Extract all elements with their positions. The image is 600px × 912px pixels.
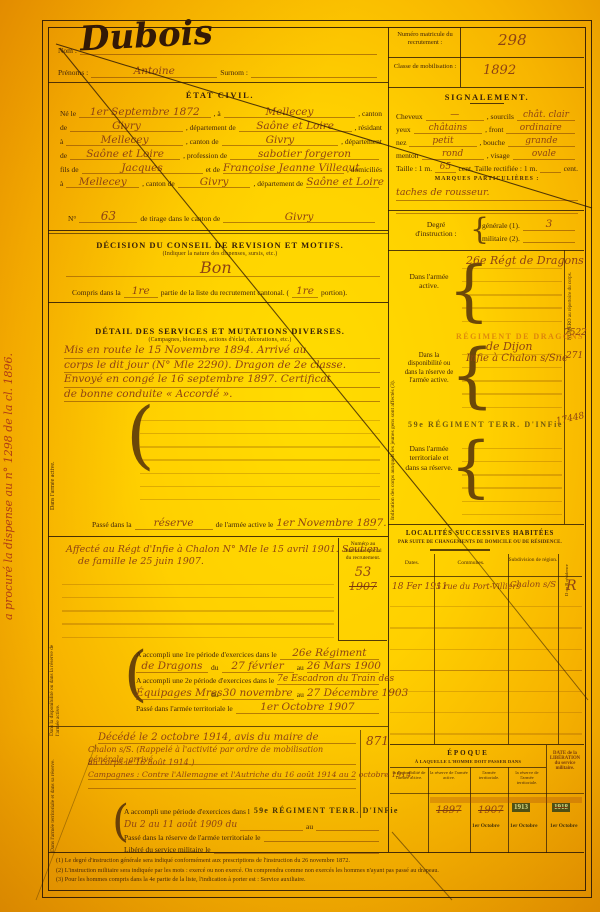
periode2-row1: A accompli une 2e période d'exercices da… xyxy=(136,675,382,685)
visage-value: ovale xyxy=(532,149,556,159)
localites-title: LOCALITÉS SUCCESSIVES HABITÉES xyxy=(390,530,570,537)
p1v2: 27 février xyxy=(231,660,283,672)
sig-line2: yeux châtains , front ordinaire xyxy=(396,121,578,134)
campagnes-blank xyxy=(88,788,356,789)
periode1-row2: de Dragons du 27 février au 26 Mars 1900 xyxy=(136,661,382,673)
exercice-terr-row: A accompli une période d'exercices dans … xyxy=(124,806,382,816)
matricule-box-bottom xyxy=(388,87,584,88)
num-special-label: Numéro au matricule spécial du recruteme… xyxy=(339,538,387,565)
services-text: Mis en route le 15 Novembre 1894. Arrivé… xyxy=(64,344,380,402)
num-special-v2: 1907 xyxy=(339,580,387,593)
ec-line3: à Mellecey , canton de Givry , départeme… xyxy=(60,132,382,146)
services-subtitle: (Campagnes, blessures, actions d'éclat, … xyxy=(60,337,380,343)
instruction-generale-row: générale (1). 3 xyxy=(482,219,578,231)
ep-col2: la réserve de l'armée active. xyxy=(430,770,468,780)
rule-1b xyxy=(48,233,388,234)
corps-dispo-label: Dans la disponibilité ou dans la réserve… xyxy=(404,352,454,386)
ec-l6a: à xyxy=(60,179,63,188)
cheveux-label: Cheveux xyxy=(396,112,423,121)
tirage-row: N° 63 de tirage dans le canton de Givry xyxy=(68,210,378,223)
ep-v3: 1907 xyxy=(478,805,503,816)
nez-label: nez xyxy=(396,138,406,147)
services-text-4: de bonne conduite « Accordé ». xyxy=(64,388,380,403)
p2b: du xyxy=(211,690,219,699)
p1v3: 26 Mars 1900 xyxy=(307,660,381,672)
passe-reserve-row: Passé dans la réserve de l'armée active … xyxy=(92,518,380,530)
ec-l3v1: Mellecey xyxy=(101,134,149,146)
loc-col-communes: Communes. xyxy=(434,560,508,566)
passe-b: de l'armée active le xyxy=(216,520,274,529)
p1c: au xyxy=(297,663,304,672)
ec-l2v1: Givry xyxy=(112,120,141,132)
corps-side-label: Indication des corps auxquels les jeunes… xyxy=(390,258,401,520)
footnote-2: (2) L'instruction militaire sera indiqué… xyxy=(56,866,584,876)
yeux-label: yeux xyxy=(396,125,411,134)
decision-subtitle: (Indiquer la nature des dispenses, sursi… xyxy=(60,251,380,257)
ec-l3b: , canton de xyxy=(186,137,219,146)
p2v1b: Équipages Mres xyxy=(136,687,223,699)
du-b: au xyxy=(306,822,313,831)
periode3-row: Passé dans l'armée territoriale le 1er O… xyxy=(136,702,382,714)
signalement-title: SIGNALEMENT. xyxy=(390,92,584,102)
deces-margin-num: 871 xyxy=(366,734,389,748)
ep-div2 xyxy=(470,767,471,853)
p3v: 1er Octobre 1907 xyxy=(260,701,354,713)
rule-sig xyxy=(388,210,584,211)
ep-oct3: 1er Octobre xyxy=(472,823,500,829)
tirage-canton: Givry xyxy=(285,211,314,223)
rule-corps xyxy=(388,524,584,525)
p2a: A accompli une 2e période d'exercices da… xyxy=(136,676,274,685)
menton-label: menton xyxy=(396,151,419,160)
taille-c: cent. xyxy=(564,164,578,173)
menton-value: rond xyxy=(442,149,463,159)
prenoms-label: Prénoms : xyxy=(58,68,88,77)
sourcils-value: chât. clair xyxy=(523,110,569,120)
ec-l5c: , domiciliés xyxy=(347,165,382,174)
marques-value: taches de rousseur. xyxy=(396,187,578,201)
loc-col-dates: Dates. xyxy=(390,560,434,566)
instruction-militaire-row: militaire (2). xyxy=(482,234,578,243)
decision-value: Bon xyxy=(200,258,232,277)
tirage-b: de tirage dans le canton de xyxy=(140,214,220,223)
services-text-2: corps le dit jour (N° Mle 2290). Dragon … xyxy=(64,359,380,374)
ec-line1: Né le 1er Septembre 1872 , à Mellecey , … xyxy=(60,104,382,118)
ep-values-rule xyxy=(390,793,584,794)
passe-a: Passé dans la xyxy=(92,520,132,529)
tirage-num: 63 xyxy=(101,209,116,223)
dragons-stamp-num: 7522 xyxy=(564,328,587,338)
loc-col-subdiv: Subdivision de région. xyxy=(508,557,558,563)
sig-line3: nez petit , bouche grande xyxy=(396,134,578,147)
footnote-3: (3) Pour les hommes compris dans la 4e p… xyxy=(56,875,584,885)
compris-row: Compris dans la 1re partie de la liste d… xyxy=(72,286,378,298)
passe-terr-label: Passé dans la réserve de l'armée territo… xyxy=(124,833,261,842)
services-blank-lines xyxy=(140,408,380,503)
p1a: A accompli une 1re période d'exercices d… xyxy=(136,650,277,659)
du-line2 xyxy=(316,830,379,831)
p1b: du xyxy=(211,663,219,672)
ec-l5v2: Françoise Jeanne Villeaut xyxy=(223,162,360,174)
rule-1 xyxy=(48,230,388,231)
militaire-line xyxy=(523,242,575,243)
ec-l1a: Né le xyxy=(60,109,76,118)
compris-v2: 1re xyxy=(296,285,314,297)
services-text-1: Mis en route le 15 Novembre 1894. Arrivé… xyxy=(64,344,380,359)
front-label: , front xyxy=(485,125,503,134)
ec-l1b: , à xyxy=(214,109,221,118)
ec-line5: fils de Jacques et de Françoise Jeanne V… xyxy=(60,160,382,174)
affecte-blank-lines xyxy=(62,572,334,638)
localites-title-rule xyxy=(430,549,490,551)
taille-b: cent. Taille rectifiée : 1 m. xyxy=(459,164,538,173)
taille-a: Taille : 1 m. xyxy=(396,164,432,173)
ep-v2: 1897 xyxy=(436,805,461,816)
matricule-label: Numéro matricule du recrutement : xyxy=(392,31,458,47)
exercice-a: A accompli une période d'exercices dans … xyxy=(124,807,250,816)
p3a: Passé dans l'armée territoriale le xyxy=(136,704,233,713)
classe-label: Classe de mobilisation : xyxy=(392,63,458,71)
sig-line1: Cheveux — , sourcils chât. clair xyxy=(396,108,578,121)
p1v1b: de Dragons xyxy=(141,660,202,672)
sig-line4: menton rond , visage ovale xyxy=(396,147,578,160)
services-text-3: Envoyé en congé le 16 septembre 1897. Ce… xyxy=(64,373,380,388)
loc-empty-rows xyxy=(390,586,582,744)
exercice-stamp: 59e RÉGIMENT TERR. D'INFie xyxy=(254,806,399,816)
prenoms-handwritten: Antoine xyxy=(134,65,175,77)
num-special-v1: 53 xyxy=(339,565,387,580)
compris-c: portion). xyxy=(321,288,347,297)
header-rule xyxy=(48,82,388,83)
ec-l1v1: 1er Septembre 1872 xyxy=(90,106,200,118)
epoque-subtitle: À LAQUELLE L'HOMME DOIT PASSER DANS xyxy=(390,759,546,764)
loc-header-rule xyxy=(390,576,582,577)
p2c: au xyxy=(297,690,304,699)
ec-l2c: , résidant xyxy=(355,123,383,132)
ec-l5v1: Jacques xyxy=(121,162,162,174)
libere-line xyxy=(214,853,379,854)
tirage-a: N° xyxy=(68,214,76,223)
ec-l2b: , département de xyxy=(186,123,236,132)
generale-label: générale (1). xyxy=(482,221,520,230)
prenoms-row: Prénoms : Antoine Surnom : xyxy=(58,66,380,78)
corps-active-label: Dans l'armée active. xyxy=(406,272,452,291)
corps-terr-label: Dans l'armée territoriale et dans sa rés… xyxy=(404,444,454,472)
footnotes: (1) Le degré d'instruction générale sera… xyxy=(56,856,584,885)
marques-label: MARQUES PARTICULIÈRES : xyxy=(396,173,578,187)
matricule-value: 298 xyxy=(498,31,527,49)
epoque-title: ÉPOQUE xyxy=(390,749,546,757)
corps-dispo-lines xyxy=(462,342,562,410)
ec-l6v1: Mellecey xyxy=(79,176,127,188)
column-divider xyxy=(388,27,389,852)
periode1-row1: A accompli une 1re période d'exercices d… xyxy=(136,648,382,660)
corps-active-lines xyxy=(462,256,562,324)
military-record-sheet: a procuré la dispense au n° 1298 de la c… xyxy=(0,0,600,912)
matricule-box-divider-v xyxy=(460,27,461,87)
surnom-line xyxy=(251,77,377,78)
rule-3 xyxy=(48,536,388,537)
nez-value: petit xyxy=(432,136,453,146)
margin-annotation: a procuré la dispense au n° 1298 de la c… xyxy=(2,270,15,620)
signalement-title-rule xyxy=(470,103,504,104)
ec-l2v2: Saône et Loire xyxy=(256,120,334,132)
ec-l1c: , canton xyxy=(358,109,382,118)
ec-line2: de Givry , département de Saône et Loire… xyxy=(60,118,382,132)
decision-line xyxy=(66,276,380,277)
ep-oct4: 1er Octobre xyxy=(510,823,538,829)
instruction-label: Degré d'instruction : xyxy=(408,220,464,239)
ep-v4: 1913 xyxy=(512,803,530,812)
num-special-box: Numéro au matricule spécial du recruteme… xyxy=(338,538,387,641)
ec-l4v2: sabotier forgeron xyxy=(258,148,351,160)
ec-l2a: de xyxy=(60,123,67,132)
ec-l3v2: Givry xyxy=(266,134,295,146)
cheveux-value: — xyxy=(450,110,459,120)
rule-4 xyxy=(48,726,388,727)
p2v2: 30 novembre xyxy=(223,687,293,699)
deces-line1: Décédé le 2 octobre 1914, avis du maire … xyxy=(98,732,356,744)
ec-l4b: , profession de xyxy=(183,151,227,160)
campagnes-line: Campagnes : Contre l'Allemagne et l'Autr… xyxy=(88,770,356,780)
rule-2 xyxy=(48,302,388,303)
ec-line4: de Saône et Loire , profession de saboti… xyxy=(60,146,382,160)
ec-line6: à Mellecey , canton de Givry , départeme… xyxy=(60,174,382,188)
passe-v1: réserve xyxy=(154,517,194,529)
sourcils-label: , sourcils xyxy=(487,112,514,121)
ec-l6v3: Saône et Loire xyxy=(306,176,384,188)
localites-table: Dates. Communes. Subdivision de région. … xyxy=(390,554,582,744)
epoque-date-header: DATE de la LIBÉRATION du service militai… xyxy=(548,751,582,771)
libere-row: Libéré du service militaire le xyxy=(124,845,382,854)
etat-civil-block: Né le 1er Septembre 1872 , à Mellecey , … xyxy=(60,104,382,188)
taille-rect-line xyxy=(540,172,560,173)
passe-v2: 1er Novembre 1897. xyxy=(276,517,386,529)
bouche-value: grande xyxy=(525,136,557,146)
p2v1: 7e Escadron du Train des xyxy=(277,674,394,684)
ec-l4v1: Saône et Loire xyxy=(86,148,164,160)
ep-col3: l'armée territoriale. xyxy=(472,770,506,780)
corps-terr-lines xyxy=(462,436,562,518)
compris-v1: 1re xyxy=(132,285,150,297)
visage-label: , visage xyxy=(487,151,510,160)
ep-div1 xyxy=(428,767,429,853)
taille-value: 65 xyxy=(440,162,451,172)
services-title: DÉTAIL DES SERVICES ET MUTATIONS DIVERSE… xyxy=(60,326,380,336)
yeux-value: châtains xyxy=(429,123,467,133)
ec-l4a: de xyxy=(60,151,67,160)
ep-oct5: 1er Octobre xyxy=(550,823,578,829)
du-row: Du 2 au 11 août 1909 du au xyxy=(124,820,382,831)
ep-v5: 1918 xyxy=(552,803,570,812)
surnom-label: Surnom : xyxy=(220,68,248,77)
front-value: ordinaire xyxy=(520,123,562,133)
affecte-line2: de famille le 25 juin 1907. xyxy=(78,556,204,567)
militaire-label: militaire (2). xyxy=(482,234,520,243)
ep-col4: la réserve de l'armée territoriale. xyxy=(510,770,544,785)
du-line1 xyxy=(240,830,303,831)
epoque-table: ÉPOQUE À LAQUELLE L'HOMME DOIT PASSER DA… xyxy=(390,744,584,853)
du-a: Du 2 au 11 août 1909 du xyxy=(124,820,237,831)
compris-a: Compris dans la xyxy=(72,288,121,297)
ep-subhead-rule xyxy=(390,767,546,768)
ec-l3c: , département xyxy=(341,137,382,146)
bouche-label: , bouche xyxy=(480,138,505,147)
ec-l5b: et de xyxy=(206,165,220,174)
generale-value: 3 xyxy=(546,218,553,230)
periode2-row2: Équipages Mres du 30 novembre au 27 Déce… xyxy=(136,688,382,700)
ec-l6v2: Givry xyxy=(200,176,229,188)
ep-col1: la disponibilité de l'armée active. xyxy=(391,770,427,780)
ec-l3a: à xyxy=(60,137,63,146)
affecte-line1: Affecté au Régt d'Infie à Chalon N° Mle … xyxy=(66,544,379,555)
compris-b: partie de la liste du recrutement canton… xyxy=(161,288,289,297)
classe-value: 1892 xyxy=(483,63,516,78)
dispo-side-label: Dans la disponibilité ou dans la réserve… xyxy=(50,636,62,736)
territoriale-side-label: Dans l'armée territoriale et dans sa rés… xyxy=(50,742,62,852)
libere-label: Libéré du service militaire le xyxy=(124,845,211,854)
sig-taille: Taille : 1 m. 65 cent. Taille rectifiée … xyxy=(396,160,578,173)
etat-civil-title: ÉTAT CIVIL. xyxy=(60,90,380,100)
ec-l1v2: Mellecey xyxy=(266,106,314,118)
nom-label: Nom : xyxy=(58,46,77,55)
armee-active-side-label: Dans l'armée active. xyxy=(50,410,56,510)
localites-subtitle: PAR SUITE DE CHANGEMENTS DE DOMICILE OU … xyxy=(390,540,570,545)
deces-line3: au corps le 16 août 1914.) xyxy=(88,758,356,767)
matricule-box: Numéro matricule du recrutement : 298 Cl… xyxy=(388,27,584,87)
numero-strip-divider xyxy=(564,250,565,524)
rule-instruction xyxy=(388,250,584,251)
passe-terr-line xyxy=(264,841,380,842)
footnote-1: (1) Le degré d'instruction générale sera… xyxy=(56,856,584,866)
ec-l6b: , canton de xyxy=(142,179,175,188)
matricule-box-divider-h xyxy=(388,57,584,58)
ep-div3 xyxy=(508,767,509,853)
decision-title: DÉCISION DU CONSEIL DE REVISION ET MOTIF… xyxy=(60,240,380,250)
passe-terr-row: Passé dans la réserve de l'armée territo… xyxy=(124,833,382,842)
dispo-value2-num: 271 xyxy=(566,351,583,361)
nom-handwritten: Dubois xyxy=(79,13,214,60)
ec-l6c: , département de xyxy=(253,179,303,188)
signalement-block: Cheveux — , sourcils chât. clair yeux ch… xyxy=(396,108,578,214)
ec-l5a: fils de xyxy=(60,165,79,174)
p1v1: 26e Régiment xyxy=(292,647,366,659)
